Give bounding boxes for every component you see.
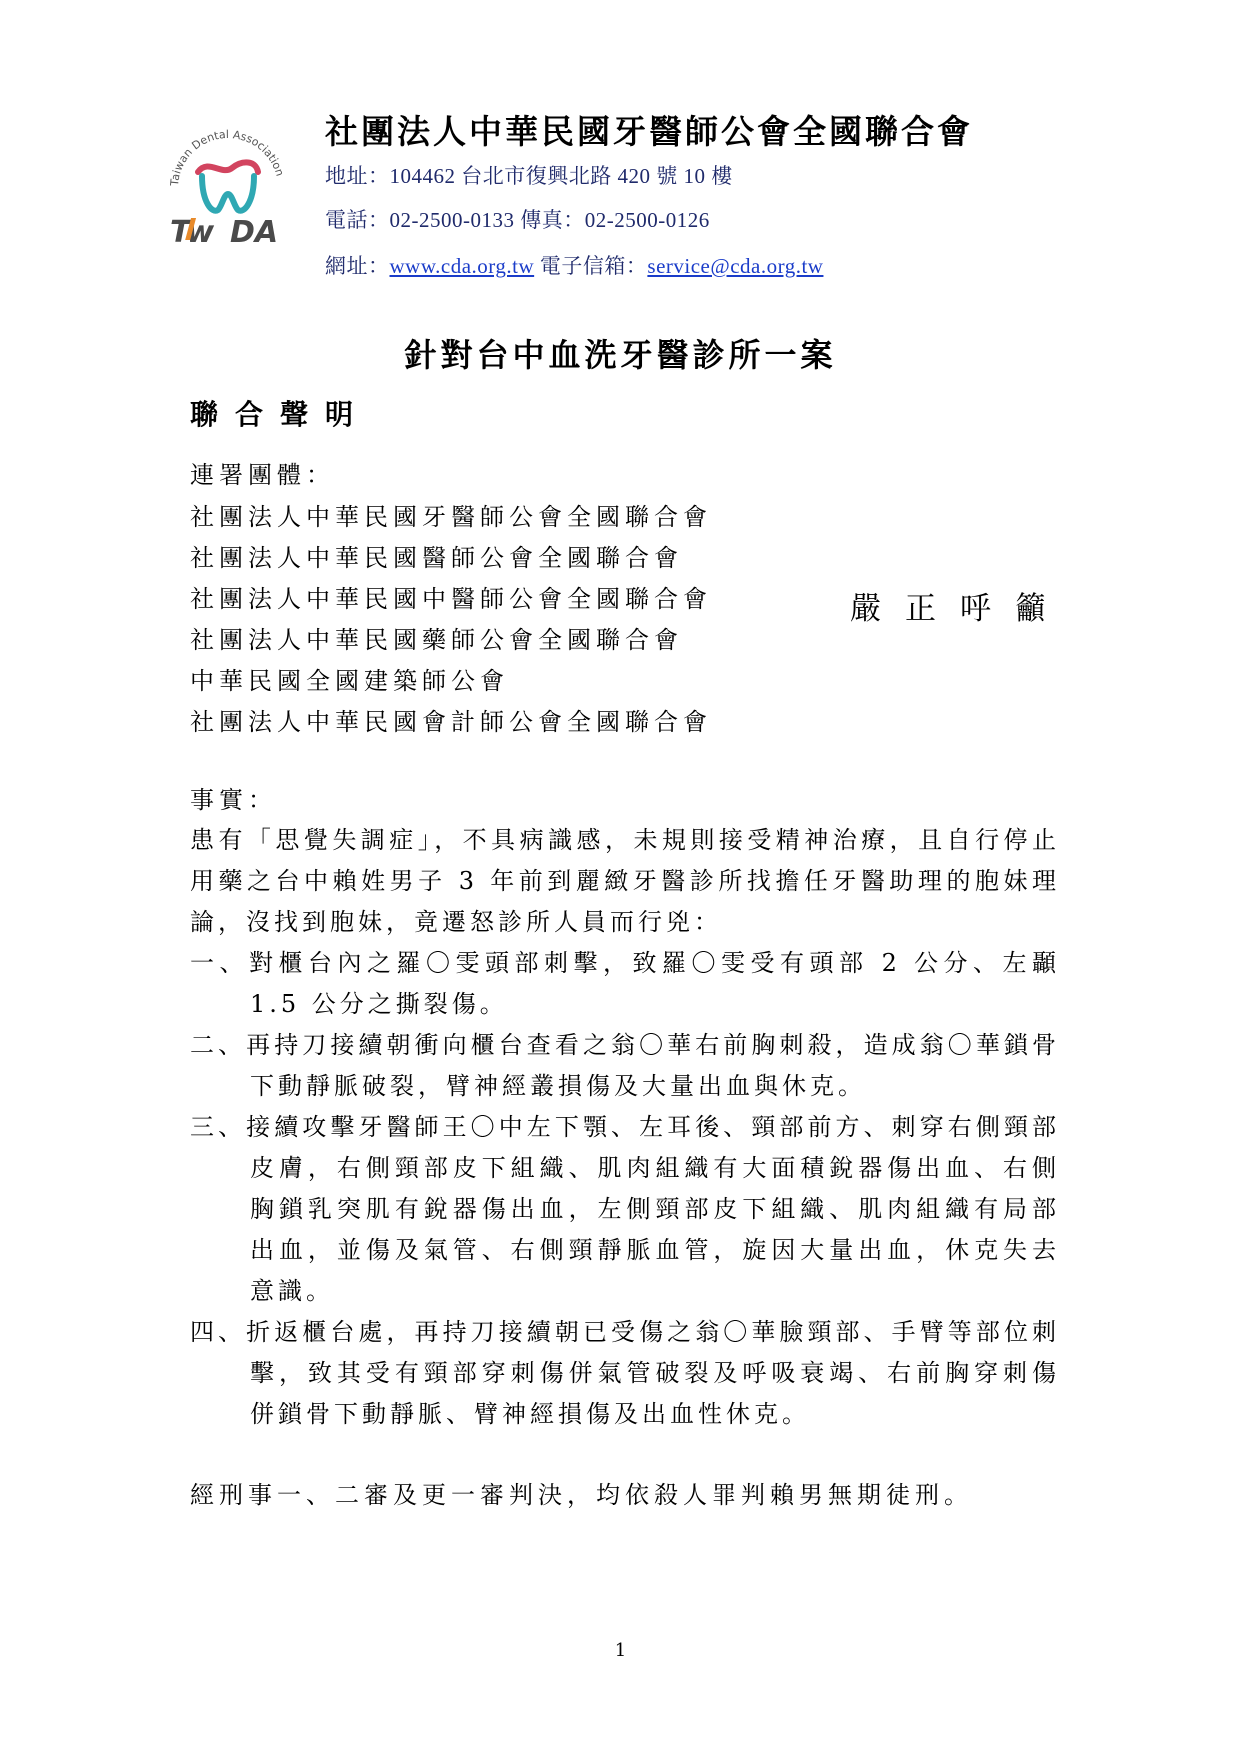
facts-intro: 患有「思覺失調症」，不具病識感，未規則接受精神治療，且自行停止用藥之台中賴姓男子…	[190, 820, 1060, 943]
address-label: 地址：	[325, 164, 390, 188]
signatory-item: 社團法人中華民國藥師公會全國聯合會	[190, 625, 683, 655]
fact-marker: 四、	[190, 1318, 246, 1346]
fact-item-1: 一、對櫃台內之羅〇雯頭部刺擊，致羅〇雯受有頭部 2 公分、左顳 1.5 公分之撕…	[190, 943, 1060, 1025]
fax-label: 傳真：	[520, 208, 585, 232]
fact-text: 對櫃台內之羅〇雯頭部刺擊，致羅〇雯受有頭部 2 公分、左顳 1.5 公分之撕裂傷…	[249, 949, 1060, 1018]
email-link[interactable]: service@cda.org.tw	[647, 254, 823, 278]
facts-label: 事實：	[190, 785, 277, 815]
verdict-text: 經刑事一、二審及更一審判決，均依殺人罪判賴男無期徒刑。	[190, 1480, 973, 1510]
email-label: 電子信箱：	[540, 254, 648, 278]
page-number: 1	[0, 1640, 1241, 1661]
signatories-label: 連署團體：	[190, 460, 335, 490]
organization-name: 社團法人中華民國牙醫師公會全國聯合會	[325, 106, 973, 153]
twda-logo: Taiwan Dental Association Tw DA	[160, 110, 295, 250]
address-value: 104462 台北市復興北路 420 號 10 樓	[390, 164, 733, 188]
fact-text: 接續攻擊牙醫師王〇中左下顎、左耳後、頸部前方、刺穿右側頸部皮膚，右側頸部皮下組織…	[246, 1113, 1060, 1305]
fact-text: 再持刀接續朝衝向櫃台查看之翁〇華右前胸刺殺，造成翁〇華鎖骨下動靜脈破裂，臂神經叢…	[246, 1031, 1060, 1100]
fact-text: 折返櫃台處，再持刀接續朝已受傷之翁〇華臉頸部、手臂等部位刺擊，致其受有頸部穿刺傷…	[246, 1318, 1060, 1428]
phone-line: 電話：02-2500-0133 傳真：02-2500-0126	[325, 204, 710, 234]
svg-text:DA: DA	[230, 215, 278, 250]
web-line: 網址：www.cda.org.tw 電子信箱：service@cda.org.t…	[325, 250, 823, 280]
signatory-item: 社團法人中華民國中醫師公會全國聯合會	[190, 584, 712, 614]
signatory-item: 社團法人中華民國醫師公會全國聯合會	[190, 543, 683, 573]
fact-marker: 一、	[190, 949, 249, 977]
document-page: Taiwan Dental Association Tw DA 社團法人中華民國…	[0, 0, 1241, 1755]
fact-marker: 三、	[190, 1113, 246, 1141]
fact-item-3: 三、接續攻擊牙醫師王〇中左下顎、左耳後、頸部前方、刺穿右側頸部皮膚，右側頸部皮下…	[190, 1107, 1060, 1312]
signatory-item: 中華民國全國建築師公會	[190, 666, 509, 696]
signatory-item: 社團法人中華民國會計師公會全國聯合會	[190, 707, 712, 737]
fax-value: 02-2500-0126	[585, 208, 710, 232]
call-out-heading: 嚴正呼籲	[850, 583, 1070, 628]
svg-text:Taiwan Dental Association: Taiwan Dental Association	[168, 128, 287, 187]
document-subtitle: 聯合聲明	[190, 393, 370, 433]
fact-item-2: 二、再持刀接續朝衝向櫃台查看之翁〇華右前胸刺殺，造成翁〇華鎖骨下動靜脈破裂，臂神…	[190, 1025, 1060, 1107]
fact-marker: 二、	[190, 1031, 246, 1059]
document-title: 針對台中血洗牙醫診所一案	[0, 330, 1241, 376]
website-link[interactable]: www.cda.org.tw	[390, 254, 535, 278]
fact-item-4: 四、折返櫃台處，再持刀接續朝已受傷之翁〇華臉頸部、手臂等部位刺擊，致其受有頸部穿…	[190, 1312, 1060, 1435]
phone-value: 02-2500-0133	[390, 208, 515, 232]
address-line: 地址：104462 台北市復興北路 420 號 10 樓	[325, 160, 733, 190]
website-label: 網址：	[325, 254, 390, 278]
phone-label: 電話：	[325, 208, 390, 232]
signatory-item: 社團法人中華民國牙醫師公會全國聯合會	[190, 502, 712, 532]
tooth-logo-icon: Taiwan Dental Association Tw DA	[160, 110, 295, 250]
